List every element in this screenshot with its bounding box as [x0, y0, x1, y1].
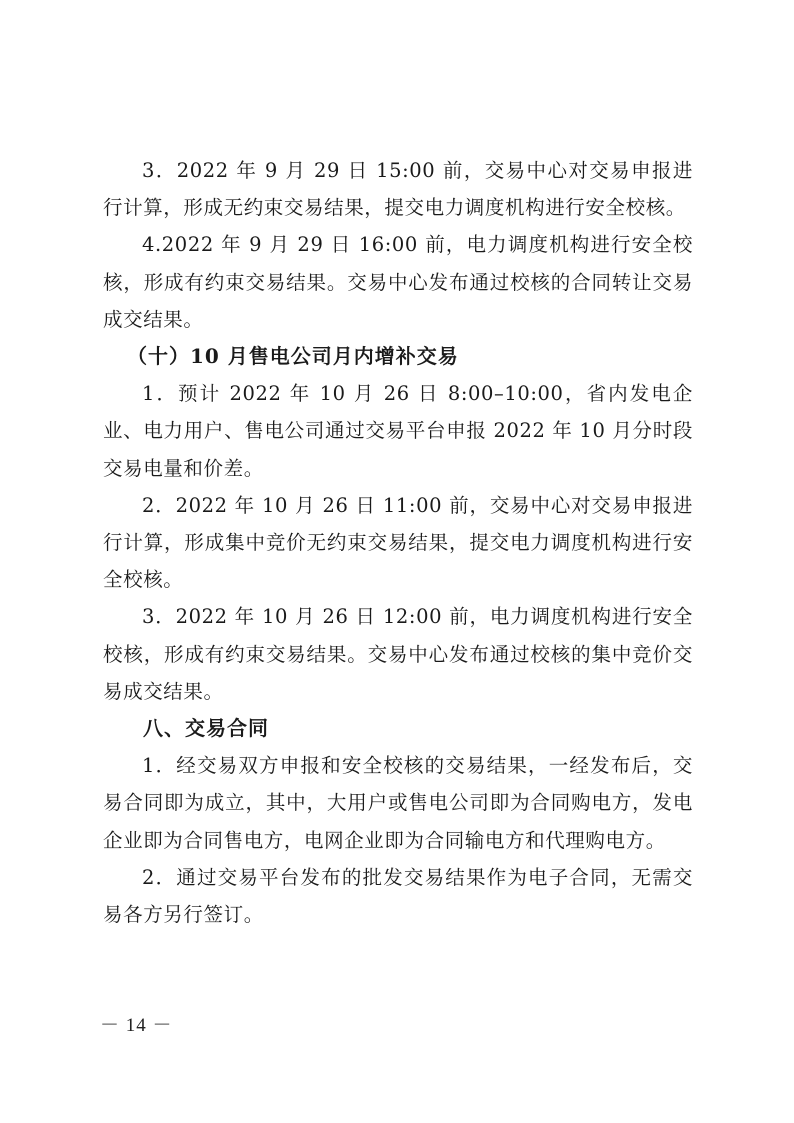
paragraph-item-3-sept-calc: 3．2022 年 9 月 29 日 15:00 前，交易中心对交易申报进行计算，… — [103, 152, 693, 226]
document-page: 3．2022 年 9 月 29 日 15:00 前，交易中心对交易申报进行计算，… — [103, 152, 693, 933]
subheading-oct-supplementary-trade: （十）10 月售电公司月内增补交易 — [103, 338, 693, 375]
paragraph-item-1-oct-declare: 1．预计 2022 年 10 月 26 日 8:00–10:00，省内发电企业、… — [103, 375, 693, 487]
paragraph-item-3-oct-check: 3．2022 年 10 月 26 日 12:00 前，电力调度机构进行安全校核，… — [103, 598, 693, 710]
paragraph-contract-item-1: 1．经交易双方申报和安全校核的交易结果，一经发布后，交易合同即为成立，其中，大用… — [103, 747, 693, 859]
paragraph-contract-item-2: 2．通过交易平台发布的批发交易结果作为电子合同，无需交易各方另行签订。 — [103, 859, 693, 933]
paragraph-item-2-oct-calc: 2．2022 年 10 月 26 日 11:00 前，交易中心对交易申报进行计算… — [103, 487, 693, 599]
section-heading-trade-contract: 八、交易合同 — [103, 710, 693, 747]
paragraph-item-4-sept-check: 4.2022 年 9 月 29 日 16:00 前，电力调度机构进行安全校核，形… — [103, 226, 693, 338]
page-number: － 14 － — [100, 1010, 173, 1037]
